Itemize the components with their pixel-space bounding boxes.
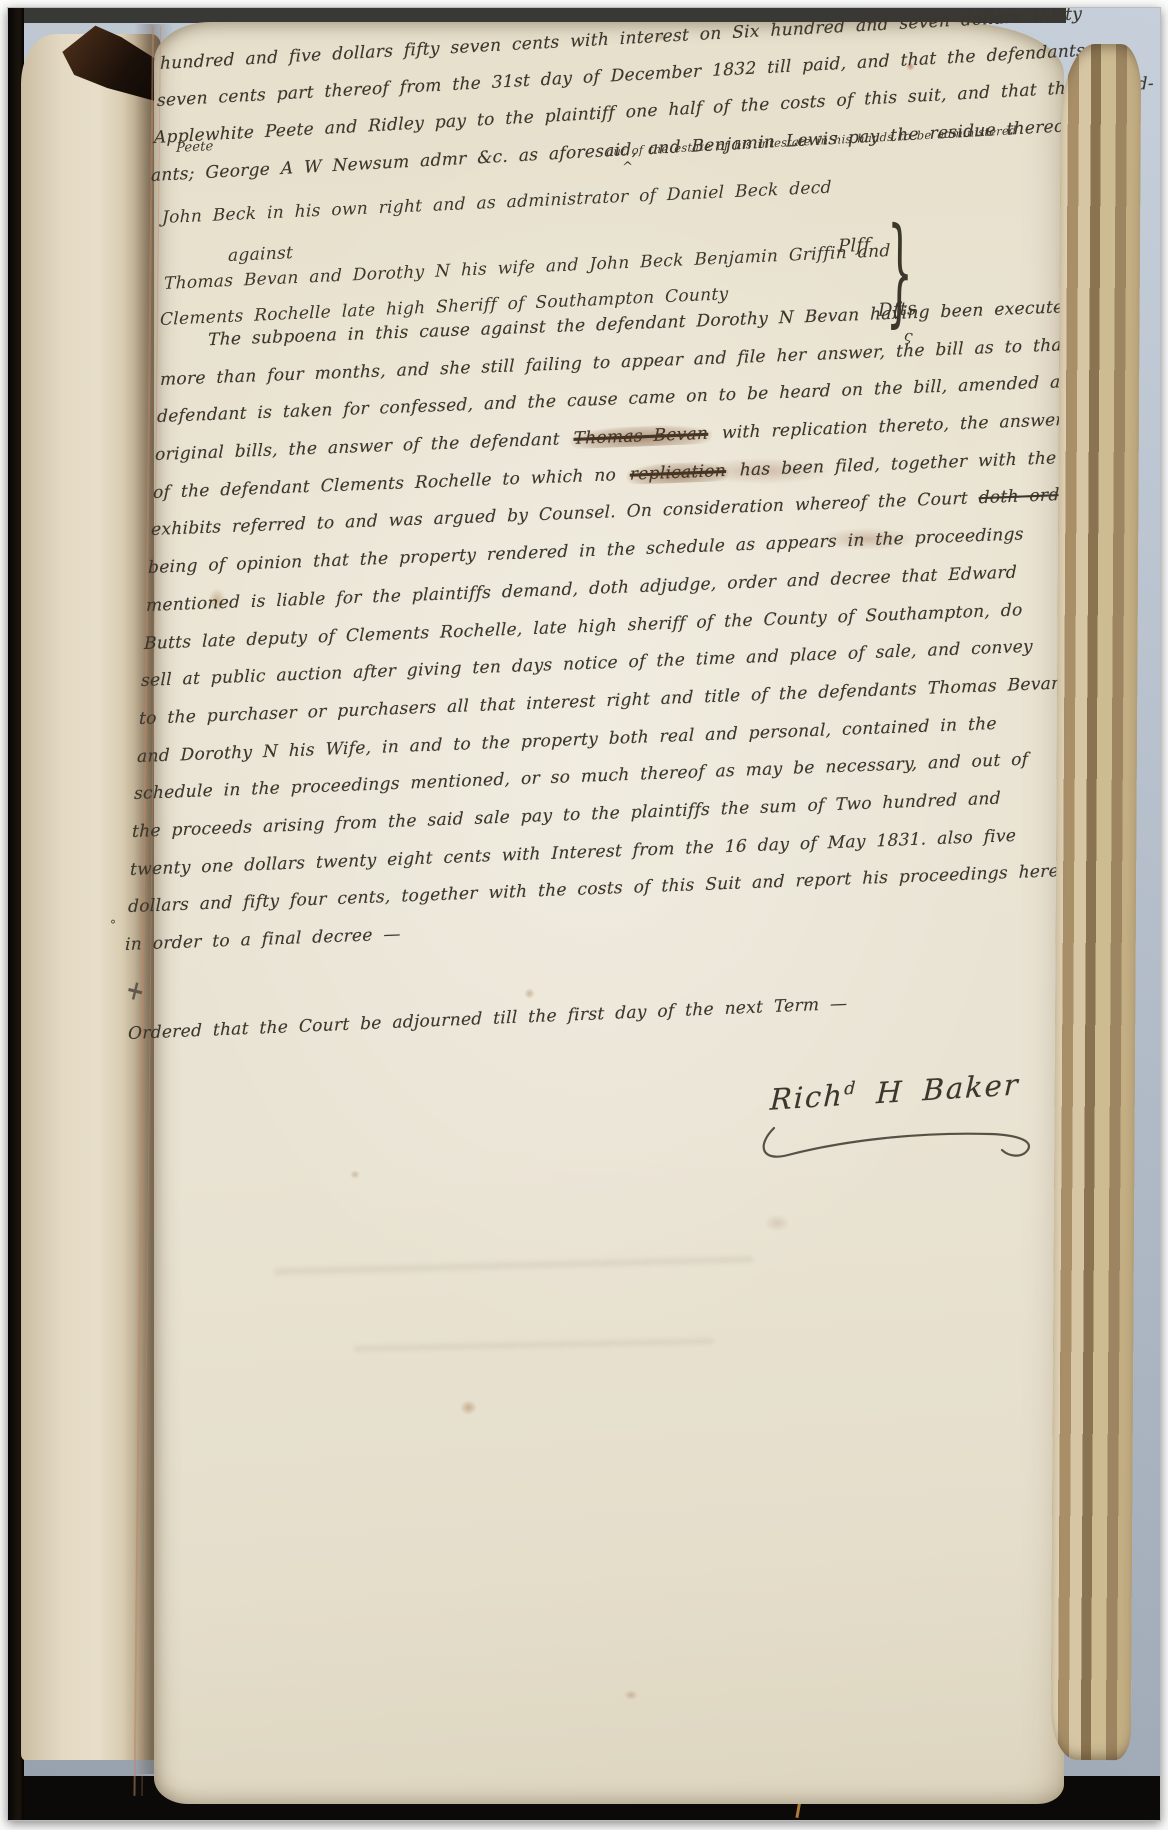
- show-through-mark: [354, 1338, 714, 1352]
- stain: [764, 1214, 790, 1232]
- photo-frame: hundred and five dollars fifty seven cen…: [7, 7, 1161, 1821]
- stain: [350, 1170, 360, 1179]
- interlineation-peete: Peete: [176, 139, 214, 156]
- stain: [460, 1400, 477, 1415]
- margin-mark-degree: °: [110, 918, 116, 932]
- adjournment-order: Ordered that the Court be adjourned till…: [128, 1018, 848, 1055]
- decree-paragraph: The subpoena in this cause against the d…: [162, 326, 1062, 967]
- page-edges: [1051, 44, 1141, 1760]
- stain: [524, 988, 535, 999]
- show-through-mark: [274, 1256, 754, 1276]
- manuscript-page: hundred and five dollars fifty seven cen…: [154, 22, 1064, 1804]
- signature-flourish: [750, 1108, 1050, 1180]
- manuscript-line: Ordered that the Court be adjourned till…: [128, 988, 848, 1055]
- versus-label: against: [228, 243, 293, 266]
- stain: [624, 1690, 638, 1700]
- opening-paragraph: hundred and five dollars fifty seven cen…: [160, 48, 1060, 197]
- insertion-caret: ^: [622, 160, 633, 176]
